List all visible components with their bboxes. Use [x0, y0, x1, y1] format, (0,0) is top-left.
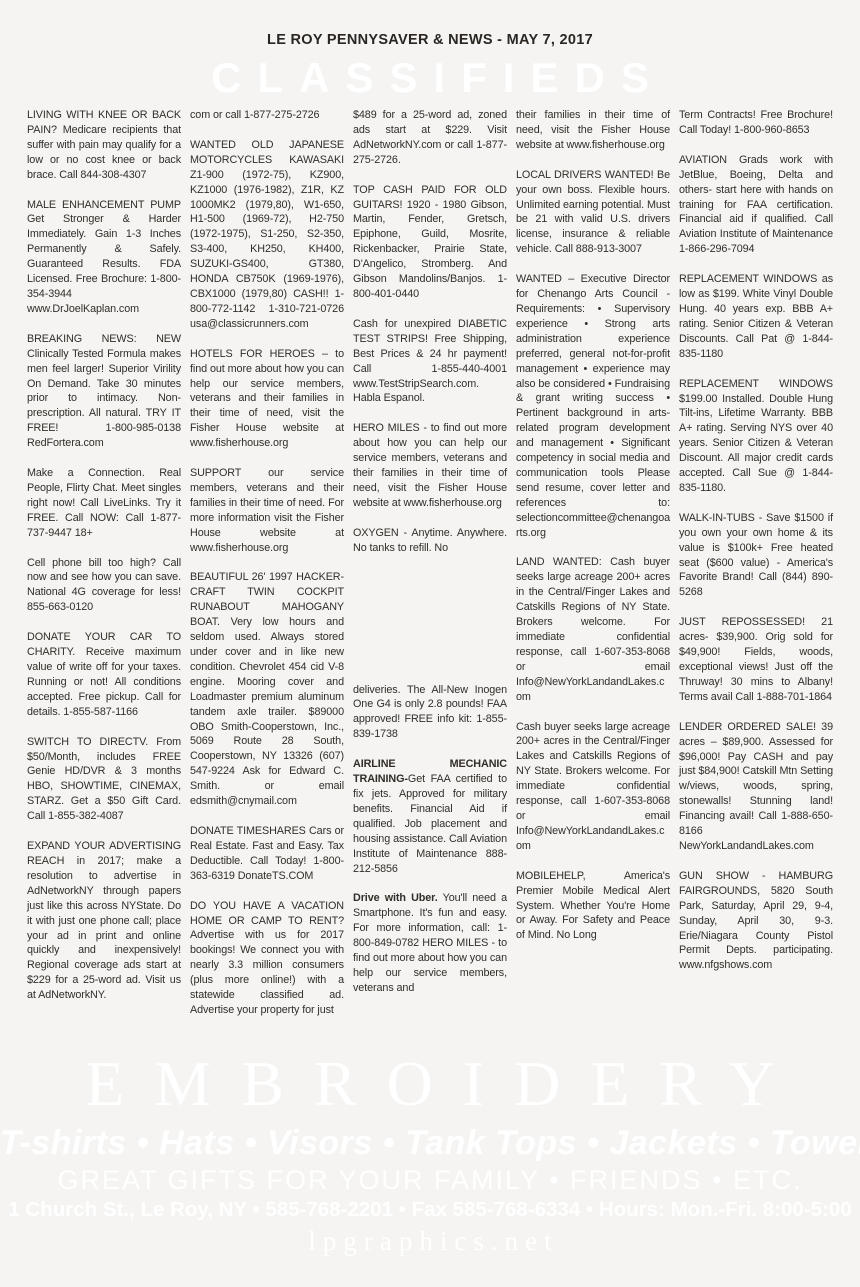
ad-replacement-windows-1: REPLACEMENT WINDOWS as low as $199. Whit…: [679, 272, 833, 361]
ad-land-wanted: LAND WANTED: Cash buyer seeks large acre…: [516, 555, 670, 704]
column-3: $489 for a 25-word ad, zoned ads start a…: [353, 108, 507, 1011]
embroidery-address-line: 1 Church St., Le Roy, NY • 585-768-2201 …: [0, 1198, 860, 1222]
ad-knee-back-pain: LIVING WITH KNEE OR BACK PAIN? Medicare …: [27, 108, 181, 183]
ad-wanted-motorcycles: WANTED OLD JAPANESE MOTORCYCLES KAWASAKI…: [190, 138, 344, 332]
ad-cell-phone-bill: Cell phone bill too high? Call now and s…: [27, 556, 181, 616]
ad-livelinks-chat: Make a Connection. Real People, Flirty C…: [27, 466, 181, 541]
ad-donate-car-charity: DONATE YOUR CAR TO CHARITY. Receive maxi…: [27, 630, 181, 719]
embroidery-products-line: T-shirts • Hats • Visors • Tank Tops • J…: [0, 1124, 860, 1163]
ad-fisher-house-continuation: their families in their time of need, vi…: [516, 108, 670, 153]
ad-breaking-news-formula: BREAKING NEWS: NEW Clinically Tested For…: [27, 332, 181, 451]
ad-just-repossessed: JUST REPOSSESSED! 21 acres- $39,900. Ori…: [679, 615, 833, 704]
ad-adnetwork-continuation: com or call 1-877-275-2726: [190, 108, 344, 123]
column-4: their families in their time of need, vi…: [516, 108, 670, 958]
classifieds-columns: LIVING WITH KNEE OR BACK PAIN? Medicare …: [0, 108, 860, 1048]
ad-donate-timeshares: DONATE TIMESHARES Cars or Real Estate. F…: [190, 824, 344, 884]
ad-local-drivers-wanted: LOCAL DRIVERS WANTED! Be your own boss. …: [516, 168, 670, 257]
ad-drive-with-uber-lead: Drive with Uber.: [353, 892, 438, 904]
column-1: LIVING WITH KNEE OR BACK PAIN? Medicare …: [27, 108, 181, 1018]
blank-image-area: [353, 571, 507, 683]
ad-aviation-grads: AVIATION Grads work with JetBlue, Boeing…: [679, 153, 833, 257]
embroidery-title: EMBROIDERY: [0, 1052, 860, 1116]
column-2: com or call 1-877-275-2726 WANTED OLD JA…: [190, 108, 344, 1033]
ad-vacation-home-rent: DO YOU HAVE A VACATION HOME OR CAMP TO R…: [190, 899, 344, 1018]
ad-drive-with-uber-body: You'll need a Smartphone. It's fun and e…: [353, 892, 507, 993]
ad-airline-mechanic-body: Get FAA certified to fix jets. Approved …: [353, 773, 507, 874]
ad-mobilehelp-continuation: Term Contracts! Free Brochure! Call Toda…: [679, 108, 833, 138]
column-5: Term Contracts! Free Brochure! Call Toda…: [679, 108, 833, 988]
ad-hotels-for-heroes: HOTELS FOR HEROES – to find out more abo…: [190, 347, 344, 451]
ad-oxygen-inogen-part2: deliveries. The All-New Inogen One G4 is…: [353, 683, 507, 743]
embroidery-website: lpgraphics.net: [0, 1226, 860, 1257]
ad-switch-directv: SWITCH TO DIRECTV. From $50/Month, inclu…: [27, 735, 181, 824]
ad-walk-in-tubs: WALK-IN-TUBS - Save $1500 if you own you…: [679, 511, 833, 600]
newspaper-page: LE ROY PENNYSAVER & NEWS - MAY 7, 2017 C…: [0, 0, 860, 1287]
embroidery-footer-ad: EMBROIDERY T-shirts • Hats • Visors • Ta…: [0, 1052, 860, 1257]
ad-mobilehelp: MOBILEHELP, America's Premier Mobile Med…: [516, 869, 670, 944]
ad-diabetic-test-strips: Cash for unexpired DIABETIC TEST STRIPS!…: [353, 317, 507, 406]
ad-lender-ordered-sale: LENDER ORDERED SALE! 39 acres – $89,900.…: [679, 720, 833, 854]
ad-gun-show: GUN SHOW - HAMBURG FAIRGROUNDS, 5820 Sou…: [679, 869, 833, 973]
ad-cash-buyer-acreage: Cash buyer seeks large acreage 200+ acre…: [516, 720, 670, 854]
classifieds-heading: CLASSIFIEDS: [0, 54, 860, 102]
ad-oxygen-inogen-part1: OXYGEN - Anytime. Anywhere. No tanks to …: [353, 526, 507, 556]
ad-replacement-windows-2: REPLACEMENT WINDOWS $199.00 Installed. D…: [679, 377, 833, 496]
ad-airline-mechanic: AIRLINE MECHANIC TRAINING-Get FAA certif…: [353, 757, 507, 876]
ad-adnetwork-rates: $489 for a 25-word ad, zoned ads start a…: [353, 108, 507, 168]
masthead: LE ROY PENNYSAVER & NEWS - MAY 7, 2017: [0, 0, 860, 48]
embroidery-gifts-line: GREAT GIFTS FOR YOUR FAMILY • FRIENDS • …: [0, 1165, 860, 1196]
ad-hackercraft-boat: BEAUTIFUL 26' 1997 HACKER-CRAFT TWIN COC…: [190, 570, 344, 809]
ad-support-fisher-house: SUPPORT our service members, veterans an…: [190, 466, 344, 555]
ad-chenango-arts-director: WANTED – Executive Director for Chenango…: [516, 272, 670, 540]
ad-hero-miles: HERO MILES - to find out more about how …: [353, 421, 507, 510]
ad-drive-with-uber: Drive with Uber. You'll need a Smartphon…: [353, 891, 507, 995]
ad-top-cash-guitars: TOP CASH PAID FOR OLD GUITARS! 1920 - 19…: [353, 183, 507, 302]
ad-expand-advertising: EXPAND YOUR ADVERTISING REACH in 2017; m…: [27, 839, 181, 1003]
ad-male-enhancement: MALE ENHANCEMENT PUMP Get Stronger & Har…: [27, 198, 181, 317]
